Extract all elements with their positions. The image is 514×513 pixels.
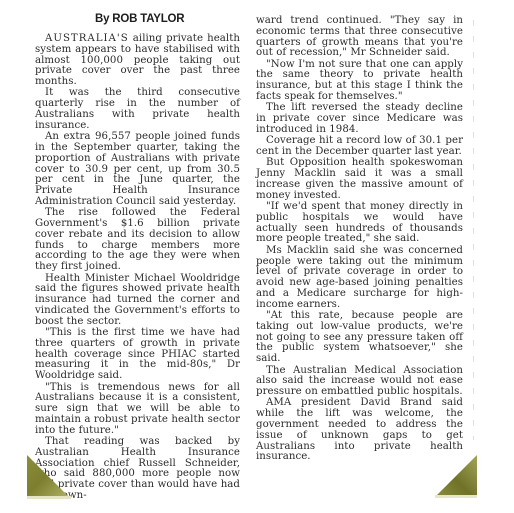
article-column-right: ward trend continued. "They say in econo… (256, 16, 463, 464)
article-paragraph: An extra 96,557 people joined funds in t… (35, 132, 240, 208)
article-paragraph: ward trend continued. "They say in econo… (256, 16, 463, 59)
article-paragraph: The rise followed the Federal Government… (35, 208, 240, 273)
article-paragraph: It was the third consecutive quarterly r… (35, 88, 240, 131)
photo-corner-right-edge (435, 495, 477, 498)
column-rule (473, 20, 474, 440)
article-paragraph: "This is the first time we have had thre… (35, 328, 240, 382)
article-paragraph: "At this rate, because people are taking… (256, 311, 463, 365)
article-paragraph: The Australian Medical Association also … (256, 366, 463, 398)
article-paragraph: Ms Macklin said she was concerned people… (256, 246, 463, 311)
byline: By ROB TAYLOR (95, 13, 184, 25)
article-paragraph: AUSTRALIA'S ailing private health system… (35, 34, 240, 88)
article-paragraph: Health Minister Michael Wooldridge said … (35, 274, 240, 328)
newspaper-clipping: By ROB TAYLOR AUSTRALIA'S ailing private… (0, 0, 514, 513)
lead-word: AUSTRALIA'S (45, 33, 129, 44)
article-paragraph: The lift reversed the steady decline in … (256, 103, 463, 135)
article-paragraph: But Opposition health spokeswoman Jenny … (256, 158, 463, 201)
article-column-left: AUSTRALIA'S ailing private health system… (35, 34, 240, 502)
photo-corner-left-edge (27, 496, 71, 499)
article-paragraph: "This is tremendous news for all Austral… (35, 383, 240, 437)
article-paragraph: AMA president David Brand said while the… (256, 398, 463, 463)
article-paragraph: "If we'd spent that money directly in pu… (256, 202, 463, 245)
article-paragraph: "Now I'm not sure that one can apply the… (256, 60, 463, 103)
article-paragraph: Coverage hit a record low of 30.1 per ce… (256, 136, 463, 158)
article-paragraph: That reading was backed by Australian He… (35, 437, 240, 502)
